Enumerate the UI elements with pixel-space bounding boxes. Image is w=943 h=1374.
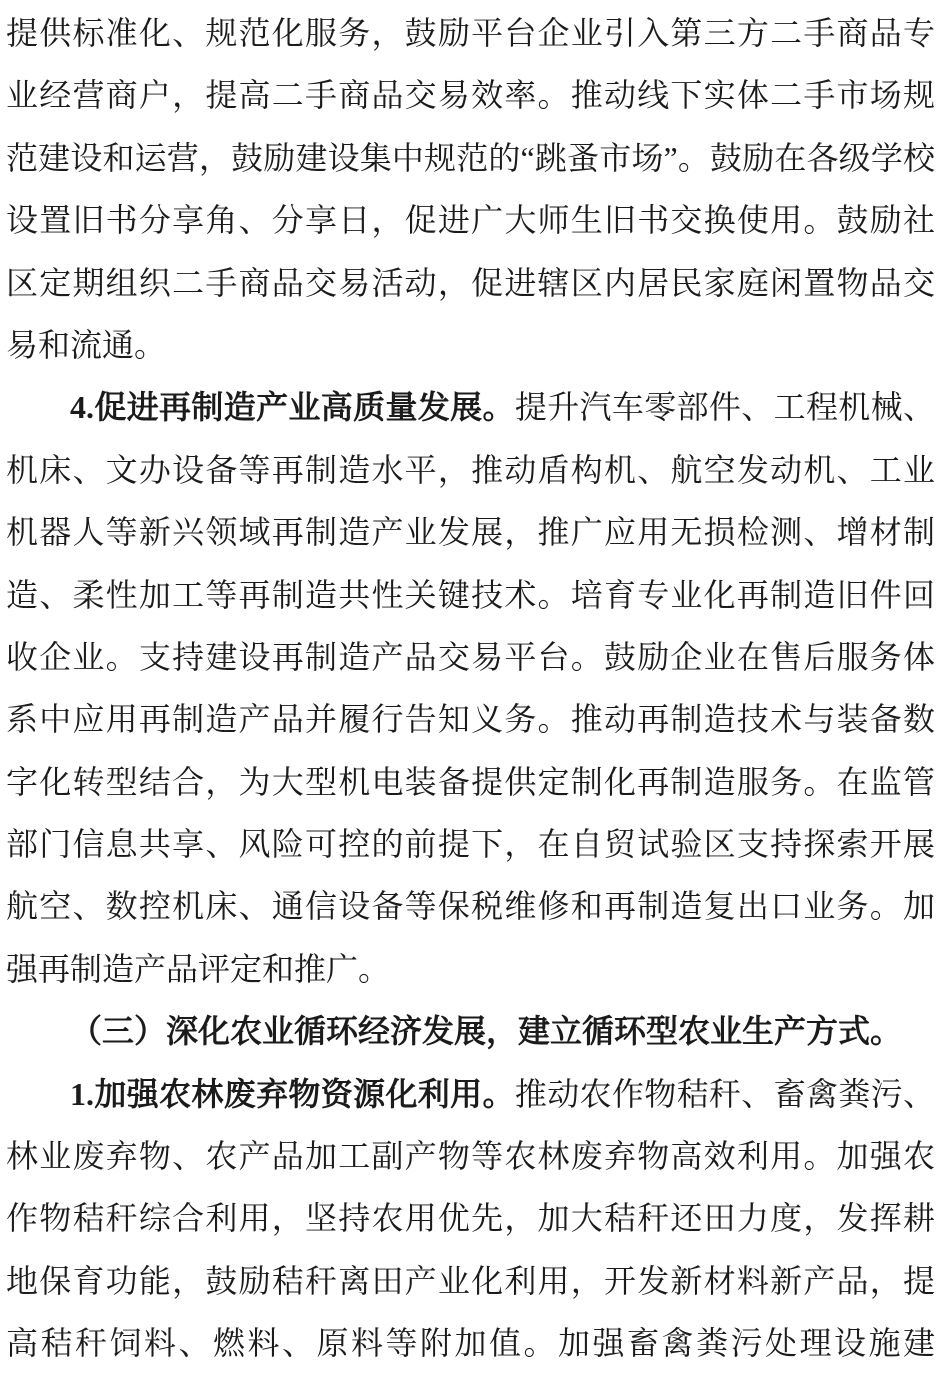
body-text-segment: 部门信息共享、风险可控的前提下，在自贸试验区支持探索开展 <box>6 826 935 862</box>
heading-segment: 1.加强农林废弃物资源化利用。 <box>70 1076 515 1112</box>
text-line-4: 设置旧书分享角、分享日，促进广大师生旧书交换使用。鼓励社 <box>6 189 935 251</box>
text-line-12: 系中应用再制造产品并履行告知义务。推动再制造技术与装备数 <box>6 688 935 750</box>
text-line-1: 提供标准化、规范化服务，鼓励平台企业引入第三方二手商品专 <box>6 2 935 64</box>
text-line-22: 高秸秆饲料、燃料、原料等附加值。加强畜禽粪污处理设施建 <box>6 1312 935 1374</box>
body-text-segment: 机器人等新兴领域再制造产业发展，推广应用无损检测、增材制 <box>6 514 935 550</box>
text-line-20: 作物秸秆综合利用，坚持农用优先，加大秸秆还田力度，发挥耕 <box>6 1187 935 1249</box>
text-line-5: 区定期组织二手商品交易活动，促进辖区内居民家庭闲置物品交 <box>6 252 935 314</box>
body-text-segment: 造、柔性加工等再制造共性关键技术。培育专业化再制造旧件回 <box>6 577 935 613</box>
body-text-segment: 系中应用再制造产品并履行告知义务。推动再制造技术与装备数 <box>6 701 935 737</box>
body-text-segment: 地保育功能，鼓励秸秆离田产业化利用，开发新材料新产品，提 <box>6 1263 935 1299</box>
text-line-9: 机器人等新兴领域再制造产业发展，推广应用无损检测、增材制 <box>6 501 935 563</box>
text-line-18: 1.加强农林废弃物资源化利用。推动农作物秸秆、畜禽粪污、 <box>6 1063 935 1125</box>
document-text-block: 提供标准化、规范化服务，鼓励平台企业引入第三方二手商品专业经营商户，提高二手商品… <box>6 2 935 1374</box>
text-line-7: 4.促进再制造产业高质量发展。提升汽车零部件、工程机械、 <box>6 376 935 438</box>
text-line-6: 易和流通。 <box>6 314 935 376</box>
body-text-segment: 设置旧书分享角、分享日，促进广大师生旧书交换使用。鼓励社 <box>6 202 935 238</box>
text-line-19: 林业废弃物、农产品加工副产物等农林废弃物高效利用。加强农 <box>6 1125 935 1187</box>
body-text-segment: 林业废弃物、农产品加工副产物等农林废弃物高效利用。加强农 <box>6 1138 935 1174</box>
text-line-2: 业经营商户，提高二手商品交易效率。推动线下实体二手市场规 <box>6 64 935 126</box>
body-text-segment: 强再制造产品评定和推广。 <box>6 951 390 987</box>
text-line-17: （三）深化农业循环经济发展，建立循环型农业生产方式。 <box>6 1000 935 1062</box>
heading-segment: 4.促进再制造产业高质量发展。 <box>70 389 515 425</box>
body-text-segment: 高秸秆饲料、燃料、原料等附加值。加强畜禽粪污处理设施建 <box>6 1325 935 1361</box>
body-text-segment: 业经营商户，提高二手商品交易效率。推动线下实体二手市场规 <box>6 77 935 113</box>
body-text-segment: 易和流通。 <box>6 327 166 363</box>
text-line-13: 字化转型结合，为大型机电装备提供定制化再制造服务。在监管 <box>6 751 935 813</box>
text-line-21: 地保育功能，鼓励秸秆离田产业化利用，开发新材料新产品，提 <box>6 1250 935 1312</box>
text-line-8: 机床、文办设备等再制造水平，推动盾构机、航空发动机、工业 <box>6 439 935 501</box>
heading-segment: （三）深化农业循环经济发展，建立循环型农业生产方式。 <box>70 1013 902 1049</box>
body-text-segment: 范建设和运营，鼓励建设集中规范的“跳蚤市场”。鼓励在各级学校 <box>6 140 935 176</box>
document-page: 提供标准化、规范化服务，鼓励平台企业引入第三方二手商品专业经营商户，提高二手商品… <box>0 0 943 1374</box>
text-line-15: 航空、数控机床、通信设备等保税维修和再制造复出口业务。加 <box>6 875 935 937</box>
text-line-14: 部门信息共享、风险可控的前提下，在自贸试验区支持探索开展 <box>6 813 935 875</box>
text-line-3: 范建设和运营，鼓励建设集中规范的“跳蚤市场”。鼓励在各级学校 <box>6 127 935 189</box>
text-line-11: 收企业。支持建设再制造产品交易平台。鼓励企业在售后服务体 <box>6 626 935 688</box>
text-line-10: 造、柔性加工等再制造共性关键技术。培育专业化再制造旧件回 <box>6 564 935 626</box>
body-text-segment: 区定期组织二手商品交易活动，促进辖区内居民家庭闲置物品交 <box>6 265 935 301</box>
body-text-segment: 提升汽车零部件、工程机械、 <box>515 389 935 425</box>
body-text-segment: 机床、文办设备等再制造水平，推动盾构机、航空发动机、工业 <box>6 452 935 488</box>
body-text-segment: 推动农作物秸秆、畜禽粪污、 <box>515 1076 935 1112</box>
body-text-segment: 航空、数控机床、通信设备等保税维修和再制造复出口业务。加 <box>6 888 935 924</box>
text-line-16: 强再制造产品评定和推广。 <box>6 938 935 1000</box>
body-text-segment: 提供标准化、规范化服务，鼓励平台企业引入第三方二手商品专 <box>6 15 935 51</box>
body-text-segment: 作物秸秆综合利用，坚持农用优先，加大秸秆还田力度，发挥耕 <box>6 1200 935 1236</box>
body-text-segment: 收企业。支持建设再制造产品交易平台。鼓励企业在售后服务体 <box>6 639 935 675</box>
body-text-segment: 字化转型结合，为大型机电装备提供定制化再制造服务。在监管 <box>6 764 935 800</box>
